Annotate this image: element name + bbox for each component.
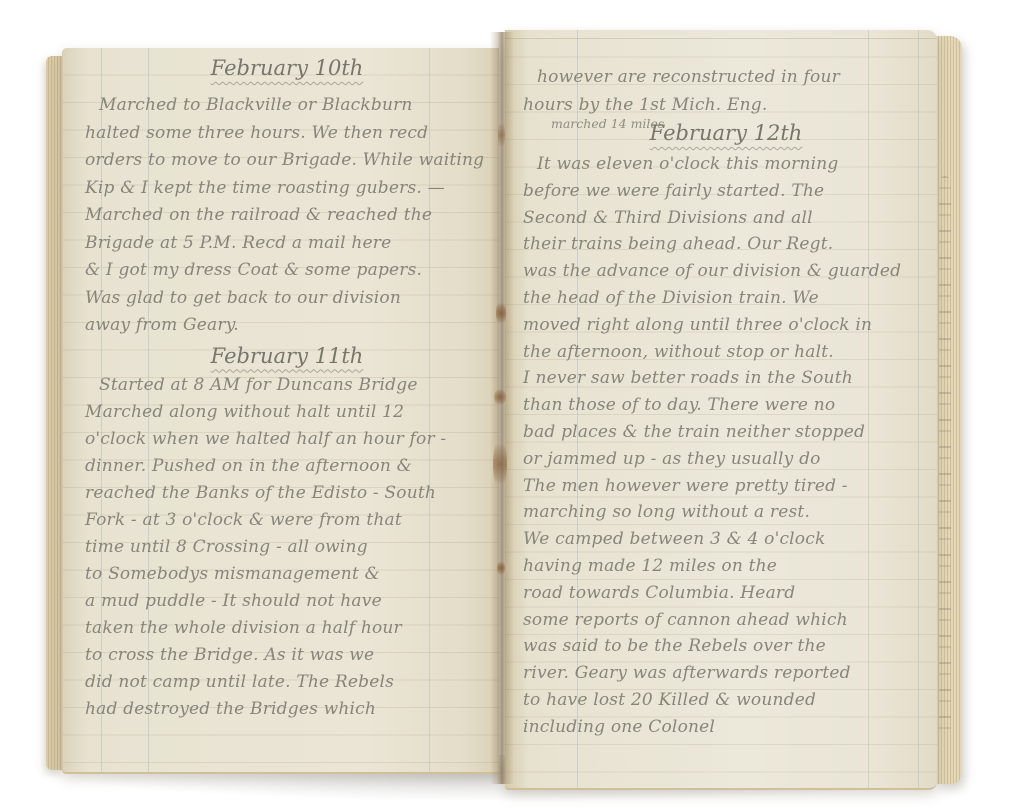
handwritten-line: We camped between 3 & 4 o'clock xyxy=(523,526,929,553)
handwritten-line: their trains being ahead. Our Regt. xyxy=(523,231,929,258)
foxing-spot xyxy=(498,120,505,150)
handwritten-line: orders to move to our Brigade. While wai… xyxy=(85,147,489,175)
handwritten-line: a mud puddle - It should not have xyxy=(85,588,489,615)
handwritten-line: the head of the Division train. We xyxy=(523,285,929,312)
handwritten-line: o'clock when we halted half an hour for … xyxy=(85,426,489,453)
left-page-text: February 10th Marched to Blackville or B… xyxy=(85,54,489,723)
foxing-spot xyxy=(494,388,506,406)
diary-right-page: however are reconstructed in fourhours b… xyxy=(505,30,937,790)
handwritten-line: Brigade at 5 P.M. Recd a mail here xyxy=(85,230,489,258)
handwritten-line: Fork - at 3 o'clock & were from that xyxy=(85,507,489,534)
handwritten-line: dinner. Pushed on in the afternoon & xyxy=(85,453,489,480)
handwritten-line: to Somebodys mismanagement & xyxy=(85,561,489,588)
handwritten-line: taken the whole division a half hour xyxy=(85,615,489,642)
handwritten-line: to have lost 20 Killed & wounded xyxy=(523,687,929,714)
handwritten-line: the afternoon, without stop or halt. xyxy=(523,339,929,366)
handwritten-line: was said to be the Rebels over the xyxy=(523,633,929,660)
inserted-note-marched-14-miles: marched 14 miles xyxy=(551,116,664,131)
right-page-edge-stack xyxy=(936,36,962,784)
handwritten-line: time until 8 Crossing - all owing xyxy=(85,534,489,561)
handwritten-line: Second & Third Divisions and all xyxy=(523,205,929,232)
handwritten-line: was the advance of our division & guarde… xyxy=(523,258,929,285)
entry-february-11: Started at 8 AM for Duncans BridgeMarche… xyxy=(85,372,489,723)
foxing-spot xyxy=(497,560,505,576)
heading-february-10: February 10th xyxy=(85,54,489,92)
handwritten-line: having made 12 miles on the xyxy=(523,553,929,580)
handwritten-line: away from Geary. xyxy=(85,312,489,340)
handwritten-line: moved right along until three o'clock in xyxy=(523,312,929,339)
handwritten-line: Started at 8 AM for Duncans Bridge xyxy=(85,372,489,399)
handwritten-line: halted some three hours. We then recd xyxy=(85,120,489,148)
handwritten-line: to cross the Bridge. As it was we xyxy=(85,642,489,669)
handwritten-line: The men however were pretty tired - xyxy=(523,473,929,500)
left-page-edge-stack xyxy=(46,56,63,770)
handwritten-line: than those of to day. There were no xyxy=(523,392,929,419)
entry-february-12: It was eleven o'clock this morningbefore… xyxy=(523,151,929,741)
handwritten-line: It was eleven o'clock this morning xyxy=(523,151,929,178)
handwritten-line: including one Colonel xyxy=(523,714,929,741)
handwritten-line: bad places & the train neither stopped xyxy=(523,419,929,446)
handwritten-line: marching so long without a rest. xyxy=(523,499,929,526)
handwritten-line: Marched along without halt until 12 xyxy=(85,399,489,426)
entry-february-10: Marched to Blackville or Blackburnhalted… xyxy=(85,92,489,340)
handwritten-line: reached the Banks of the Edisto - South xyxy=(85,480,489,507)
heading-february-11: February 11th xyxy=(85,344,489,372)
foxing-spot xyxy=(496,300,506,326)
handwritten-line: some reports of cannon ahead which xyxy=(523,607,929,634)
entry-february-11-continued: however are reconstructed in fourhours b… xyxy=(523,64,929,119)
handwritten-line: Was glad to get back to our division xyxy=(85,285,489,313)
handwritten-line: Marched to Blackville or Blackburn xyxy=(85,92,489,120)
handwritten-line: Marched on the railroad & reached the xyxy=(85,202,489,230)
handwritten-line: however are reconstructed in four xyxy=(523,64,929,92)
handwritten-line: had destroyed the Bridges which xyxy=(85,696,489,723)
handwritten-line: road towards Columbia. Heard xyxy=(523,580,929,607)
handwritten-line: or jammed up - as they usually do xyxy=(523,446,929,473)
handwritten-line: before we were fairly started. The xyxy=(523,178,929,205)
photo-background: February 10th Marched to Blackville or B… xyxy=(0,0,1024,812)
open-diary-book: February 10th Marched to Blackville or B… xyxy=(0,0,1024,812)
handwritten-line: Kip & I kept the time roasting gubers. — xyxy=(85,175,489,203)
handwritten-line: did not camp until late. The Rebels xyxy=(85,669,489,696)
diary-left-page: February 10th Marched to Blackville or B… xyxy=(62,48,499,774)
handwritten-line: river. Geary was afterwards reported xyxy=(523,660,929,687)
handwritten-line: & I got my dress Coat & some papers. xyxy=(85,257,489,285)
foxing-spot xyxy=(493,438,507,490)
right-page-text: however are reconstructed in fourhours b… xyxy=(523,64,929,741)
handwritten-line: I never saw better roads in the South xyxy=(523,365,929,392)
handwritten-line: hours by the 1st Mich. Eng. xyxy=(523,92,929,120)
